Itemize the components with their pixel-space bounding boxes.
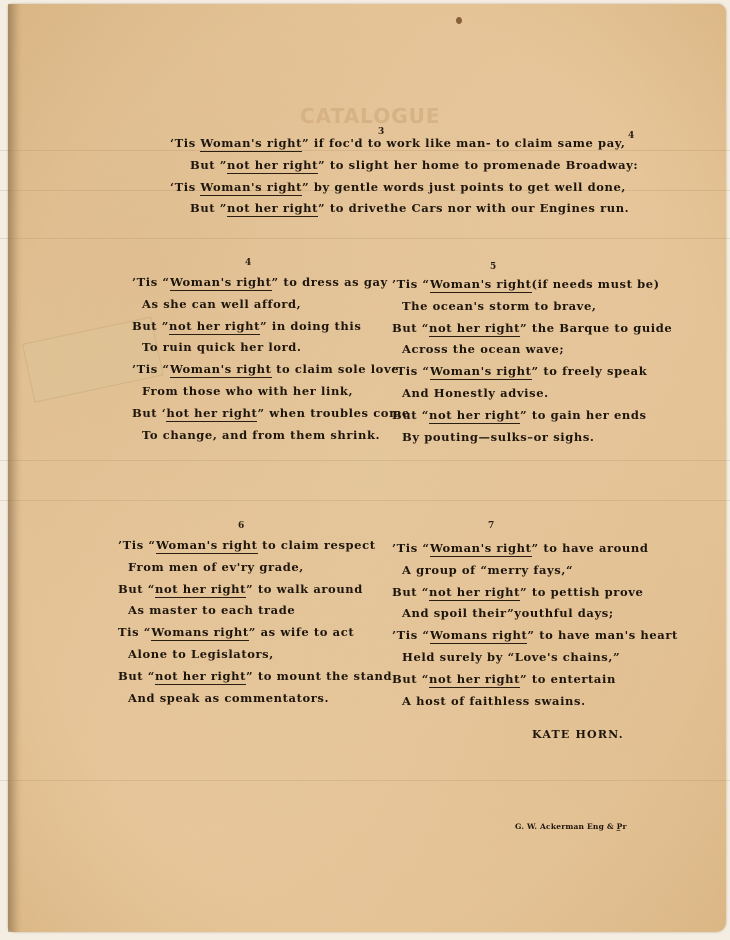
verse-line: ’Tis “Woman's right” to dress as gay xyxy=(132,272,410,294)
verse-7: ’Tis “Woman's right” to have around A gr… xyxy=(392,538,678,712)
verse-line: Held surely by “Love's chains,” xyxy=(392,647,678,669)
verse-line: ’Tis “Womans right” to have man's heart xyxy=(392,625,678,647)
verse-4-number: 4 xyxy=(245,258,251,268)
ink-spot xyxy=(456,17,462,24)
verse-line: ‘Tis Woman's right” by gentle words just… xyxy=(170,177,626,199)
verse-7-number: 7 xyxy=(488,521,494,531)
verse-line: By pouting—sulks–or sighs. xyxy=(392,427,672,449)
bleed-line xyxy=(0,500,730,501)
bleed-line xyxy=(0,238,730,239)
verse-line: Alone to Legislators, xyxy=(118,644,392,666)
verse-line: A group of “merry fays,“ xyxy=(392,560,678,582)
verse-line: And Honestly advise. xyxy=(392,383,672,405)
verse-line: Across the ocean wave; xyxy=(392,339,672,361)
verse-line: And spoil their”youthful days; xyxy=(392,603,678,625)
verse-line: But ”not her right” to drivethe Cars nor… xyxy=(190,198,646,220)
verse-line: A host of faithless swains. xyxy=(392,691,678,713)
verse-line: ’Tis “Woman's right” to freely speak xyxy=(392,361,672,383)
verse-line: But “not her right” the Barque to guide xyxy=(392,318,672,340)
verse-line: But “not her right” to mount the stand xyxy=(118,666,392,688)
bleed-through-title: CATALOGUE xyxy=(300,104,441,128)
verse-6: ’Tis “Woman's right to claim respect Fro… xyxy=(118,535,392,709)
bleed-line xyxy=(0,780,730,781)
verse-line: ‘Tis Woman's right” if foc'd to work lik… xyxy=(170,133,626,155)
verse-line: The ocean's storm to brave, xyxy=(392,296,672,318)
verse-line: ’Tis “Woman's right to claim sole love xyxy=(132,359,410,381)
verse-line: From men of ev'ry grade, xyxy=(118,557,392,579)
verse-line: But “not her right” to walk around xyxy=(118,579,392,601)
verse-line: As master to each trade xyxy=(118,600,392,622)
verse-6-number: 6 xyxy=(238,521,244,531)
torn-left-edge xyxy=(8,4,22,932)
verse-line: ’Tis “Woman's right(if needs must be) xyxy=(392,274,672,296)
verse-4: ’Tis “Woman's right” to dress as gay As … xyxy=(132,272,410,446)
bleed-line xyxy=(0,460,730,461)
verse-5-number: 5 xyxy=(490,262,496,272)
verse-line: But ”not her right” to slight her home t… xyxy=(190,155,646,177)
verse-line: But ”not her right” in doing this xyxy=(132,316,410,338)
verse-line: But “not her right” to pettish prove xyxy=(392,582,678,604)
verse-line: But “not her right” to gain her ends xyxy=(392,405,672,427)
verse-line: But “not her right” to entertain xyxy=(392,669,678,691)
verse-line: Tis “Womans right” as wife to act xyxy=(118,622,392,644)
verse-5: ’Tis “Woman's right(if needs must be) Th… xyxy=(392,274,672,448)
verse-3: ‘Tis Woman's right” if foc'd to work lik… xyxy=(170,133,626,220)
verse-line: To change, and from them shrink. xyxy=(132,425,410,447)
verse-line: ’Tis “Woman's right to claim respect xyxy=(118,535,392,557)
margin-number: 4 xyxy=(628,131,634,141)
verse-line: As she can well afford, xyxy=(132,294,410,316)
printer-credit: G. W. Ackerman Eng & P̲r xyxy=(515,822,627,831)
author-signature: KATE HORN. xyxy=(532,728,624,741)
verse-line: ’Tis “Woman's right” to have around xyxy=(392,538,678,560)
verse-line: But ‘hot her right” when troubles come xyxy=(132,403,410,425)
verse-line: From those who with her link, xyxy=(132,381,410,403)
verse-line: To ruin quick her lord. xyxy=(132,337,410,359)
verse-line: And speak as commentators. xyxy=(118,688,392,710)
